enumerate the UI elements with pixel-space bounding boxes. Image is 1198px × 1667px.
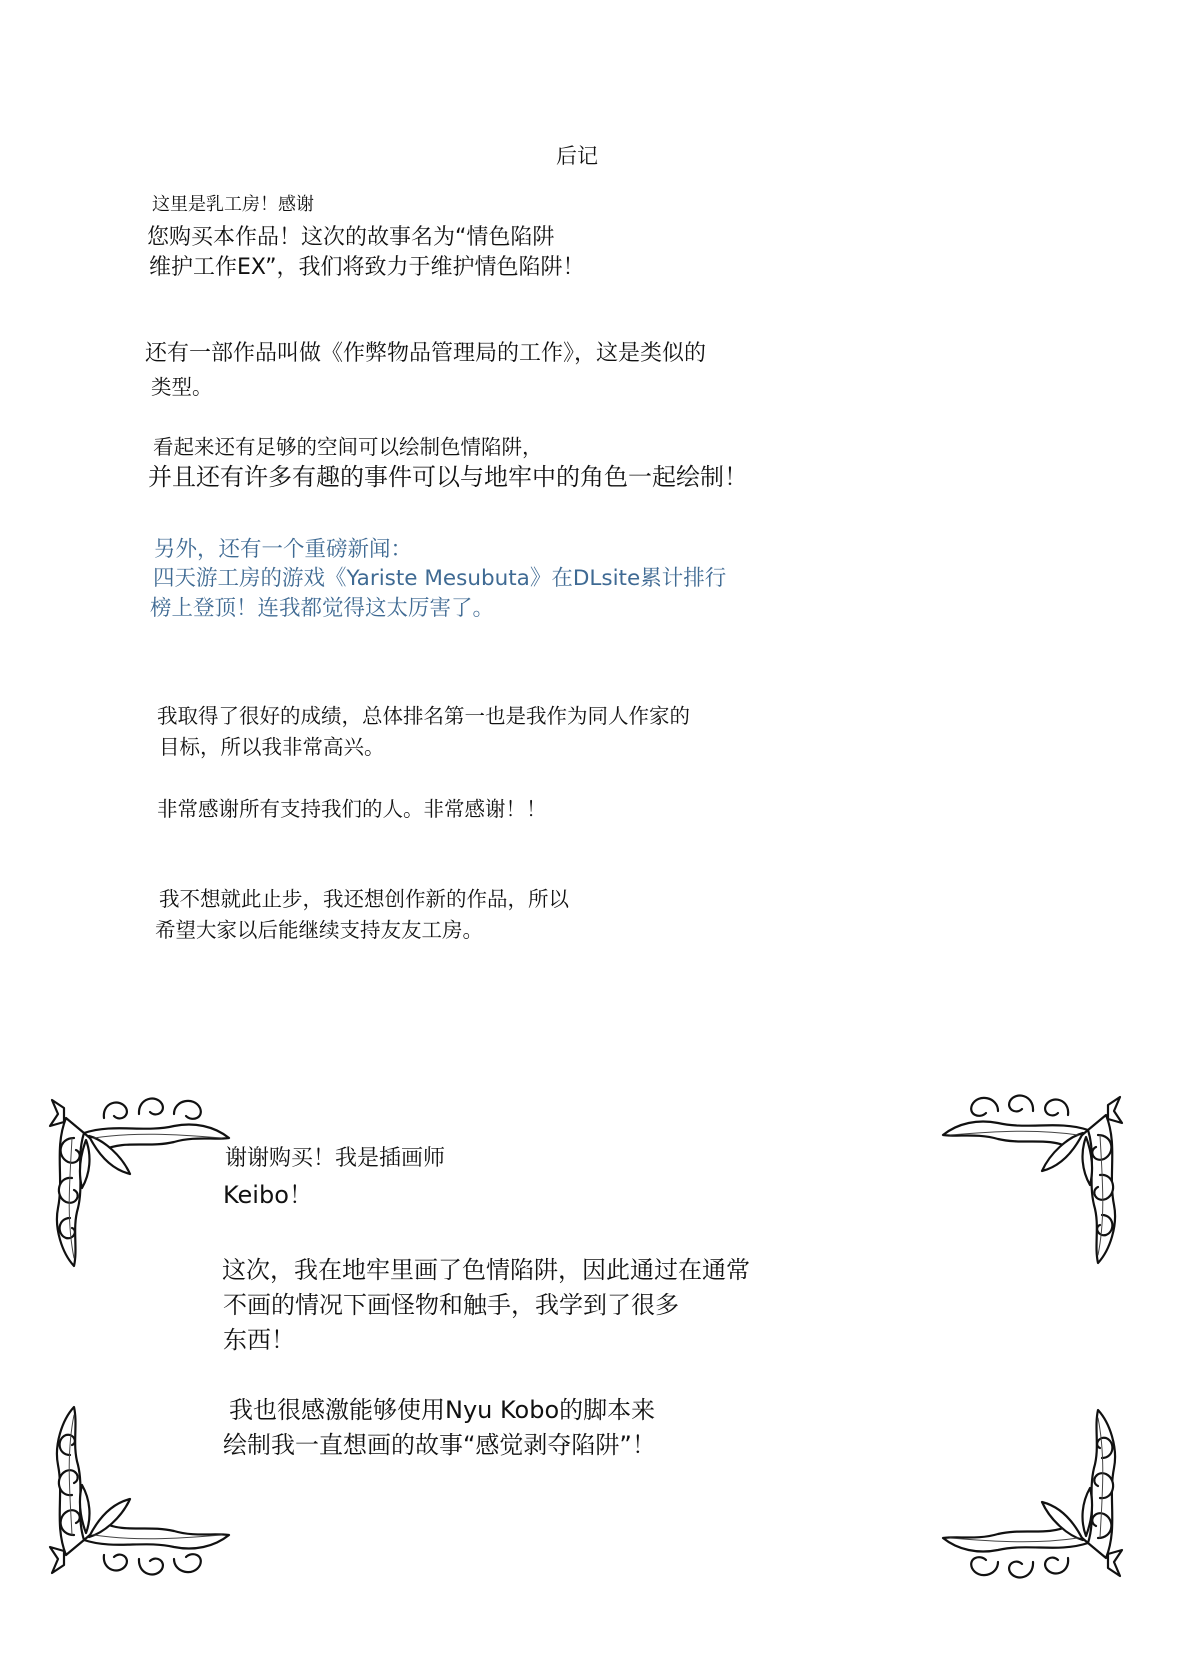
corner-ornament-bottom-left-icon: [44, 1395, 244, 1595]
corner-ornament-top-left-icon: [44, 1078, 244, 1278]
illustrator-paragraph-3-line-1: 我也很感激能够使用Nyu Kobo的脚本来: [229, 1398, 655, 1422]
author-paragraph-1-line-2: 您购买本作品！这次的故事名为“情色陷阱: [147, 227, 554, 249]
author-paragraph-3-line-1: 看起来还有足够的空间可以绘制色情陷阱，: [153, 437, 543, 458]
author-paragraph-news-line-3: 榜上登顶！连我都觉得这太厉害了。: [150, 598, 494, 620]
author-paragraph-2-line-1: 还有一部作品叫做《作弊物品管理局的工作》，这是类似的: [145, 343, 706, 365]
author-paragraph-6-line-1: 非常感谢所有支持我们的人。非常感谢！！: [157, 799, 547, 820]
illustrator-paragraph-2-line-1: 这次，我在地牢里画了色情陷阱，因此通过在通常: [222, 1258, 750, 1282]
author-paragraph-news-line-2: 四天游工房的游戏《Yariste Mesubuta》在DLsite累计排行: [153, 568, 726, 590]
corner-ornament-top-right-icon: [928, 1075, 1128, 1275]
author-paragraph-3-line-2: 并且还有许多有趣的事件可以与地牢中的角色一起绘制！: [148, 465, 748, 489]
author-paragraph-7-line-1: 我不想就此止步，我还想创作新的作品，所以: [159, 889, 569, 910]
author-paragraph-2-line-2: 类型。: [151, 377, 213, 398]
author-paragraph-5-line-2: 目标，所以我非常高兴。: [159, 737, 385, 758]
page-title: 后记: [556, 146, 598, 167]
corner-ornament-bottom-right-icon: [928, 1398, 1128, 1598]
illustrator-paragraph-3-line-2: 绘制我一直想画的故事“感觉剥夺陷阱”！: [223, 1433, 656, 1457]
author-paragraph-5-line-1: 我取得了很好的成绩，总体排名第一也是我作为同人作家的: [157, 706, 690, 727]
author-paragraph-1-line-3: 维护工作EX”，我们将致力于维护情色陷阱！: [149, 257, 584, 279]
illustrator-paragraph-2-line-2: 不画的情况下画怪物和触手，我学到了很多: [223, 1293, 679, 1317]
illustrator-paragraph-1-line-1: 谢谢购买！我是插画师: [225, 1148, 445, 1170]
author-paragraph-1-line-1: 这里是乳工房！感谢: [152, 196, 314, 214]
author-paragraph-7-line-2: 希望大家以后能继续支持友友工房。: [155, 920, 483, 941]
author-paragraph-news-line-1: 另外，还有一个重磅新闻：: [154, 539, 412, 561]
illustrator-paragraph-2-line-3: 东西！: [223, 1328, 295, 1352]
